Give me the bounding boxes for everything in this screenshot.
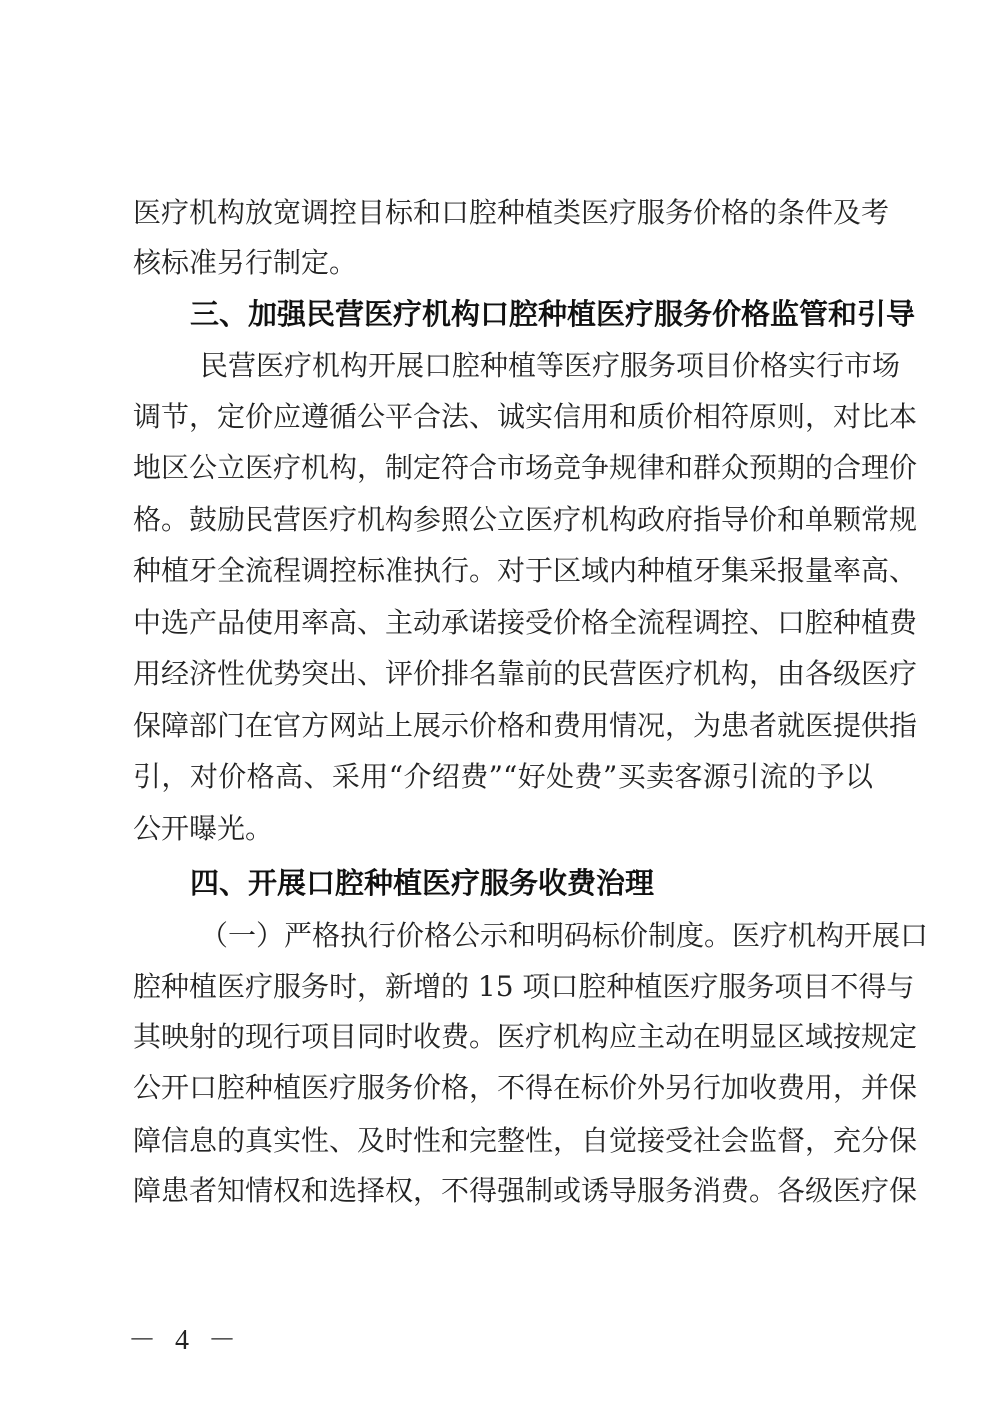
paragraph-line: 核标准另行制定。 <box>133 243 873 283</box>
paragraph-line: 中选产品使用率高、主动承诺接受价格全流程调控、口腔种植费 <box>133 603 873 643</box>
paragraph-line: 其映射的现行项目同时收费。医疗机构应主动在明显区域按规定 <box>133 1017 873 1057</box>
paragraph-line: 障患者知情权和选择权，不得强制或诱导服务消费。各级医疗保 <box>133 1171 873 1211</box>
section-heading-4: 四、开展口腔种植医疗服务收费治理 <box>190 863 654 903</box>
paragraph-line: 用经济性优势突出、评价排名靠前的民营医疗机构，由各级医疗 <box>133 654 873 694</box>
section-heading-3: 三、加强民营医疗机构口腔种植医疗服务价格监管和引导 <box>190 294 873 334</box>
paragraph-line: 公开曝光。 <box>133 809 873 849</box>
paragraph-line: 民营医疗机构开展口腔种植等医疗服务项目价格实行市场 <box>200 346 873 386</box>
paragraph-line: 医疗机构放宽调控目标和口腔种植类医疗服务价格的条件及考 <box>133 193 873 233</box>
document-page: 医疗机构放宽调控目标和口腔种植类医疗服务价格的条件及考 核标准另行制定。 三、加… <box>0 0 1000 1415</box>
paragraph-line: 障信息的真实性、及时性和完整性，自觉接受社会监督，充分保 <box>133 1121 873 1161</box>
paragraph-line: 腔种植医疗服务时，新增的 15 项口腔种植医疗服务项目不得与 <box>133 967 873 1007</box>
page-number: － 4 － <box>128 1318 242 1358</box>
paragraph-line: 保障部门在官方网站上展示价格和费用情况，为患者就医提供指 <box>133 706 873 746</box>
paragraph-line: （一）严格执行价格公示和明码标价制度。医疗机构开展口 <box>200 916 873 956</box>
paragraph-line: 引，对价格高、采用“介绍费”“好处费”买卖客源引流的予以 <box>133 757 873 797</box>
paragraph-line: 公开口腔种植医疗服务价格，不得在标价外另行加收费用，并保 <box>133 1068 873 1108</box>
paragraph-line: 调节，定价应遵循公平合法、诚实信用和质价相符原则，对比本 <box>133 397 873 437</box>
paragraph-line: 地区公立医疗机构，制定符合市场竞争规律和群众预期的合理价 <box>133 448 873 488</box>
paragraph-line: 格。鼓励民营医疗机构参照公立医疗机构政府指导价和单颗常规 <box>133 500 873 540</box>
paragraph-line: 种植牙全流程调控标准执行。对于区域内种植牙集采报量率高、 <box>133 551 873 591</box>
